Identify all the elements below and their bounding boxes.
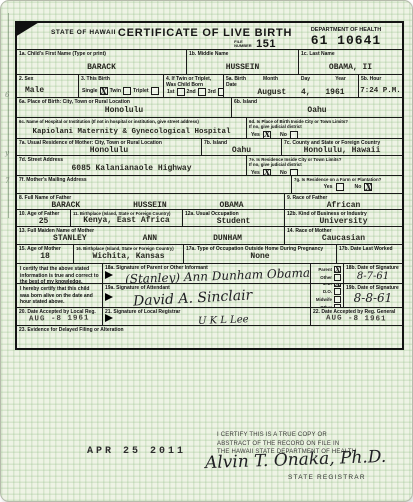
file-number-block: FILE NUMBER 151 (116, 38, 276, 50)
single-label: Single (82, 88, 98, 94)
field-3-label: 3. This Birth (79, 75, 163, 82)
form-header: STATE OF HAWAII CERTIFICATE OF LIVE BIRT… (17, 23, 402, 50)
margin-pencil-mark: 7 (5, 177, 9, 185)
field-17a-label: 17a. Type of Occupation Outside Home Dur… (184, 245, 336, 252)
row-residence: 7a. Usual Residence of Mother: City, Tow… (17, 139, 402, 156)
field-7c-label: 7c. County and State or Foreign Country (282, 139, 402, 146)
birth-year: 1961 (325, 88, 344, 97)
field-4-label: 4. If Twin or Triplet, Was Child Born (164, 75, 223, 88)
parent-certification-text: I certify that the above stated informat… (17, 264, 102, 283)
field-1a-value: BARACK (17, 63, 186, 74)
delayed-filing-value (17, 346, 402, 348)
field-7g-options: Yes No X (292, 182, 402, 193)
field-6b-label: 6b. Island (232, 98, 402, 105)
field-23-label: 23. Evidence for Delayed Filing or Alter… (17, 326, 402, 333)
mother-middle-name: ANN (143, 234, 157, 244)
mailing-address (17, 191, 291, 193)
father-name-values: BARACK HUSSEIN OBAMA (17, 201, 284, 209)
midwife-option-label: Midwife (316, 297, 332, 302)
field-22: 22. Date Accepted by Reg. General AUG -8… (311, 308, 402, 325)
row-delayed-filing: 23. Evidence for Delayed Filing or Alter… (17, 326, 402, 348)
checkbox-parent: X (334, 266, 341, 273)
field-1b-label: 1b. Middle Name (187, 50, 298, 57)
field-4-options: 1st 2nd 3rd (164, 88, 223, 97)
attendant-certification-text: I hereby certify that this child was bor… (17, 284, 102, 307)
place-of-birth: Honolulu (17, 106, 231, 117)
checkbox-2nd (198, 88, 206, 96)
field-18b: 18b. Date of Signature 8-7-61 (344, 264, 402, 283)
field-15: 15. Age of Mother 18 (17, 245, 74, 263)
first-born-label: 1st (167, 89, 175, 95)
field-8: 8. Full Name of Father BARACK HUSSEIN OB… (17, 194, 285, 209)
field-7e: 7e. Is Residence Inside City or Town Lim… (247, 156, 402, 175)
residence-city: Honolulu (17, 146, 201, 155)
father-occupation: Student (183, 217, 284, 226)
field-19a: 19a. Signature of Attendant David A. Sin… (103, 284, 311, 307)
x-mark: X (365, 182, 371, 192)
row-mailing-address: 7f. Mother's Mailing Address 7g. Is Resi… (17, 176, 402, 194)
field-6b: 6b. Island Oahu (232, 98, 402, 117)
year-header: Year (323, 75, 358, 82)
field-10-label: 10. Age of Father (17, 210, 70, 217)
row-mother-details: 15. Age of Mother 18 16. Birthplace (Isl… (17, 245, 402, 264)
field-7b: 7b. Island Oahu (202, 139, 282, 155)
field-20: 20. Date Accepted by Local Reg. AUG -8 1… (17, 308, 103, 325)
field-23: 23. Evidence for Delayed Filing or Alter… (17, 326, 402, 348)
x-mark: X (264, 129, 270, 138)
field-3: 3. This Birth Single X Twin Triplet (79, 75, 164, 97)
field-6c: 6c. Name of Hospital or Institution (If … (17, 118, 247, 138)
no-label: No (355, 184, 362, 190)
field-22-label: 22. Date Accepted by Reg. General (311, 308, 402, 315)
field-18b-label: 18b. Date of Signature (344, 264, 402, 271)
checkbox-do (334, 288, 341, 295)
street-address: 6085 Kalanianaole Highway (17, 164, 246, 175)
certificate-form: STATE OF HAWAII CERTIFICATE OF LIVE BIRT… (15, 21, 404, 350)
field-11: 11. Birthplace (Island, State or Foreign… (71, 210, 183, 226)
parent-certification-statement: I certify that the above stated informat… (17, 264, 103, 283)
field-17a: 17a. Type of Occupation Outside Home Dur… (184, 245, 337, 263)
row-registrar: 20. Date Accepted by Local Reg. AUG -8 1… (17, 308, 402, 326)
arrow-icon (105, 271, 113, 279)
field-2-label: 2. Sex (17, 75, 78, 82)
field-7f-label: 7f. Mother's Mailing Address (17, 176, 291, 183)
yes-label: Yes (251, 170, 260, 175)
checkbox-6d-no (290, 131, 298, 138)
field-5b-label: 5b. Hour (359, 75, 402, 82)
mother-last-name: DUNHAM (213, 234, 242, 244)
field-2: 2. Sex Male (17, 75, 79, 97)
month-header: Month (253, 75, 288, 82)
field-5a: 5a. Birth Date Month Day Year August 4, … (224, 75, 359, 97)
field-13-label: 13. Full Maiden Name of Mother (17, 227, 284, 234)
attendant-other-option-label: Other (320, 305, 332, 307)
father-age: 25 (17, 217, 70, 226)
attendant-certification-statement: I hereby certify that this child was bor… (17, 284, 103, 307)
checkbox-informant-other (334, 274, 341, 281)
reg-general-date-stamp: AUG -8 1961 (326, 314, 387, 323)
no-label: No (280, 170, 287, 175)
field-19a-attendant-type: M.D.X D.O. Midwife Other (311, 284, 344, 307)
attendant-signature-date: 8-8-61 (344, 291, 402, 305)
checkbox-7g-yes (336, 183, 344, 191)
parent-option-label: Parent (318, 267, 332, 272)
field-18a: 18a. Signature of Parent or Other Inform… (103, 264, 311, 283)
arrow-icon (105, 293, 113, 301)
margin-pencil-mark: y (5, 149, 9, 157)
certificate-number: 61 10641 (294, 33, 398, 48)
local-reg-date-stamp: AUG -8 1961 (29, 314, 90, 323)
checkbox-7g-no: X (364, 183, 372, 191)
row-sex-birthdate: 2. Sex Male 3. This Birth Single X Twin … (17, 75, 402, 98)
field-5a-values: August 4, 1961 (224, 88, 358, 97)
parent-signature-date: 8-7-61 (344, 271, 402, 282)
mother-first-name: STANLEY (53, 234, 87, 244)
title-block: CERTIFICATE OF LIVE BIRTH FILE NUMBER 15… (116, 27, 294, 50)
field-8-label: 8. Full Name of Father (17, 194, 284, 201)
field-7e-options: Yes X No (247, 168, 402, 175)
x-mark: X (335, 265, 340, 274)
father-first-name: BARACK (51, 201, 80, 209)
field-19b-label: 19b. Date of Signature (344, 284, 402, 291)
checkbox-attendant-other (334, 304, 341, 307)
second-born-label: 2nd (187, 89, 196, 95)
field-7c: 7c. County and State or Foreign Country … (282, 139, 402, 155)
yes-label: Yes (324, 184, 333, 190)
field-13: 13. Full Maiden Name of Mother STANLEY A… (17, 227, 285, 244)
father-race: African (285, 201, 402, 209)
hospital-name: Kapiolani Maternity & Gynecological Hosp… (17, 128, 246, 138)
x-mark: X (101, 86, 107, 96)
x-mark: X (264, 167, 270, 175)
field-3-options: Single X Twin Triplet (79, 87, 163, 97)
field-9-label: 9. Race of Father (285, 194, 402, 201)
file-number-label: FILE NUMBER (234, 40, 256, 49)
field-1a: 1a. Child's First Name (Type or print) B… (17, 50, 187, 74)
field-17b: 17b. Date Last Worked (337, 245, 402, 263)
residence-county-state: Honolulu, Hawaii (282, 146, 402, 155)
field-1a-label: 1a. Child's First Name (Type or print) (17, 50, 186, 57)
row-place-of-birth: 6a. Place of Birth: City, Town or Rural … (17, 98, 402, 118)
checkbox-6d-yes: X (263, 131, 271, 138)
field-15-label: 15. Age of Mother (17, 245, 73, 252)
mother-race: Caucasian (285, 234, 402, 244)
state-of-hawaii-label: STATE OF HAWAII (51, 29, 116, 36)
mother-birthplace: Wichita, Kansas (74, 252, 183, 263)
field-6c-label: 6c. Name of Hospital or Institution (If … (17, 118, 246, 124)
no-label: No (280, 132, 287, 138)
checkbox-1st (177, 88, 185, 96)
field-18a-informant-type: ParentX Other (311, 264, 344, 283)
field-1b-value: HUSSEIN (187, 63, 298, 74)
field-1c-label: 1c. Last Name (299, 50, 402, 57)
birth-hour: 7:24 P.M. (359, 87, 402, 97)
field-19b: 19b. Date of Signature 8-8-61 (344, 284, 402, 307)
field-1c-value: OBAMA, II (299, 63, 402, 74)
row-child-name: 1a. Child's First Name (Type or print) B… (17, 50, 402, 75)
certification-line-1: I CERTIFY THIS IS A TRUE COPY OR (217, 431, 402, 440)
field-10: 10. Age of Father 25 (17, 210, 71, 226)
paper-fold-line (8, 13, 9, 218)
field-6a: 6a. Place of Birth: City, Town or Rural … (17, 98, 232, 117)
father-birthplace: Kenya, East Africa (71, 216, 182, 226)
mother-occupation: None (184, 252, 336, 263)
field-7d-label: 7d. Street Address (17, 156, 246, 163)
field-17b-label: 17b. Date Last Worked (337, 245, 402, 252)
birth-island: Oahu (232, 106, 402, 117)
margin-pencil-mark: 6 (5, 91, 9, 99)
row-parent-signature: I certify that the above stated informat… (17, 264, 402, 284)
mother-name-values: STANLEY ANN DUNHAM (17, 234, 284, 244)
arrow-icon (105, 314, 113, 322)
field-5a-label: 5a. Birth Date (224, 75, 253, 88)
father-last-name: OBAMA (220, 201, 244, 209)
field-7f: 7f. Mother's Mailing Address (17, 176, 292, 193)
md-option-label: M.D. (323, 284, 332, 286)
row-street-address: 7d. Street Address 6085 Kalanianaole Hig… (17, 156, 402, 176)
field-12a-label: 12a. Usual Occupation (183, 210, 284, 217)
file-number-value: 151 (256, 38, 276, 50)
birth-day: 4, (301, 88, 311, 97)
field-6d: 6d. Is Place of Birth Inside City or Tow… (247, 118, 402, 138)
row-hospital: 6c. Name of Hospital or Institution (If … (17, 118, 402, 139)
field-12a: 12a. Usual Occupation Student (183, 210, 285, 226)
do-option-label: D.O. (323, 289, 332, 294)
corner-wedge-mark (15, 21, 41, 37)
row-attendant-signature: I hereby certify that this child was bor… (17, 284, 402, 308)
field-7a-label: 7a. Usual Residence of Mother: City, Tow… (17, 139, 201, 146)
checkbox-md: X (334, 284, 341, 287)
checkbox-twin (123, 87, 131, 95)
third-born-label: 3rd (208, 89, 216, 95)
field-5a-header: 5a. Birth Date Month Day Year (224, 75, 358, 88)
field-14-label: 14. Race of Mother (285, 227, 402, 234)
field-14: 14. Race of Mother Caucasian (285, 227, 402, 244)
checkbox-single: X (100, 87, 108, 95)
field-7a: 7a. Usual Residence of Mother: City, Tow… (17, 139, 202, 155)
field-4: 4. If Twin or Triplet, Was Child Born 1s… (164, 75, 224, 97)
father-middle-name: HUSSEIN (133, 201, 167, 209)
field-7b-label: 7b. Island (202, 139, 281, 146)
day-header: Day (288, 75, 323, 82)
field-12b: 12b. Kind of Business or Industry Univer… (285, 210, 402, 226)
twin-label: Twin (110, 88, 121, 94)
received-date-stamp: APR 25 2011 (87, 446, 186, 457)
field-5b: 5b. Hour 7:24 P.M. (359, 75, 402, 97)
residence-island: Oahu (202, 146, 281, 155)
field-16-label: 16. Birthplace (Island, State or Foreign… (74, 245, 183, 251)
field-1b: 1b. Middle Name HUSSEIN (187, 50, 299, 74)
field-6d-options: Yes X No (247, 130, 402, 138)
field-7d: 7d. Street Address 6085 Kalanianaole Hig… (17, 156, 247, 175)
row-father-details: 10. Age of Father 25 11. Birthplace (Isl… (17, 210, 402, 227)
yes-label: Yes (251, 132, 260, 138)
field-7g: 7g. Is Residence on a Farm or Plantation… (292, 176, 402, 193)
row-father-name: 8. Full Name of Father BARACK HUSSEIN OB… (17, 194, 402, 210)
checkbox-midwife (334, 296, 341, 303)
checkbox-7e-yes: X (263, 169, 271, 175)
birth-certificate-document: 6 y 7 STATE OF HAWAII CERTIFICATE OF LIV… (0, 0, 413, 502)
state-registrar-title: STATE REGISTRAR (288, 474, 366, 481)
field-2-value: Male (17, 86, 78, 97)
department-block: DEPARTMENT OF HEALTH 61 10641 (294, 27, 398, 48)
mother-age: 18 (17, 252, 73, 263)
checkbox-triplet (151, 87, 159, 95)
birth-month: August (257, 88, 286, 97)
checkbox-7e-no (290, 169, 298, 175)
father-industry: University (285, 217, 402, 226)
field-9: 9. Race of Father African (285, 194, 402, 209)
field-16: 16. Birthplace (Island, State or Foreign… (74, 245, 184, 263)
field-6a-label: 6a. Place of Birth: City, Town or Rural … (17, 98, 231, 105)
row-mother-name: 13. Full Maiden Name of Mother STANLEY A… (17, 227, 402, 245)
field-1c: 1c. Last Name OBAMA, II (299, 50, 402, 74)
field-21: 21. Signature of Local Registrar U K L L… (103, 308, 311, 325)
date-last-worked (337, 261, 402, 263)
field-12b-label: 12b. Kind of Business or Industry (285, 210, 402, 217)
other-option-label: Other (320, 275, 332, 280)
triplet-label: Triplet (133, 88, 149, 94)
